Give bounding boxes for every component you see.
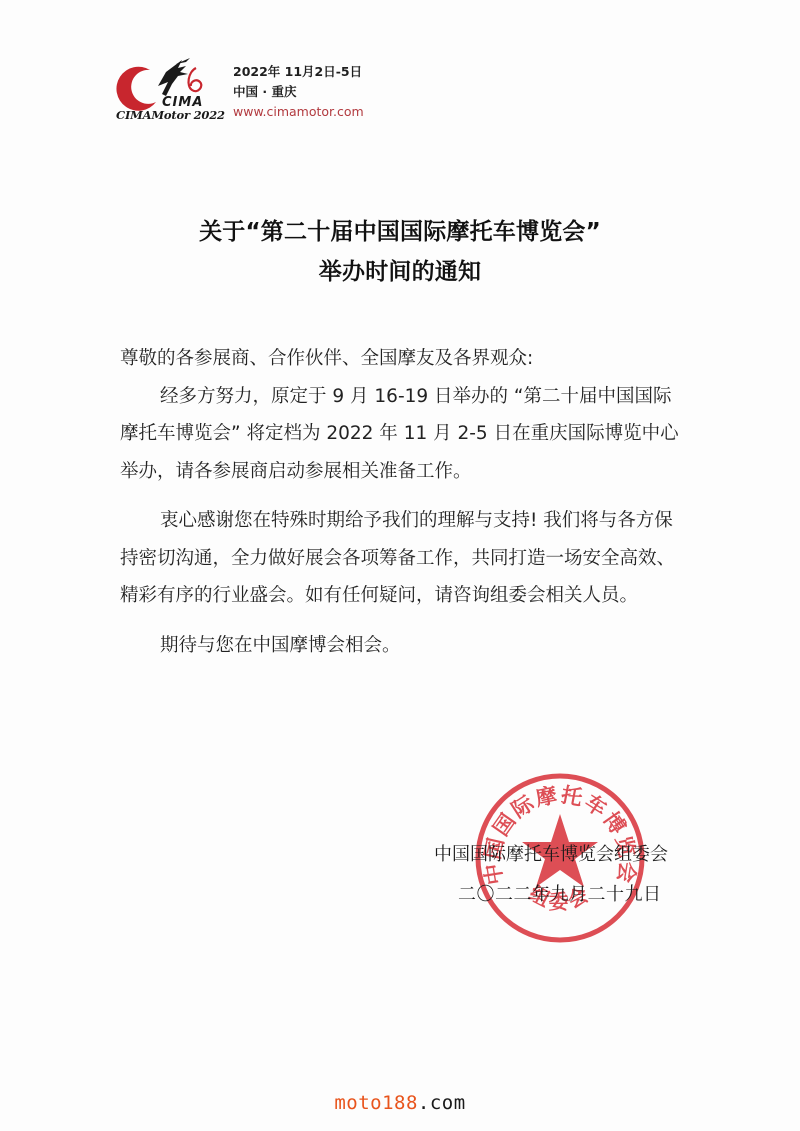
- event-place: 中国 · 重庆: [233, 82, 364, 102]
- signing-organization: 中国国际摩托车博览会组委会: [434, 840, 694, 880]
- event-website-link[interactable]: www.cimamotor.com: [233, 102, 364, 122]
- notice-body: 尊敬的各参展商、合作伙伴、全国摩友及各界观众: 经多方努力，原定于 9 月 16…: [120, 340, 690, 664]
- notice-title: 关于“第二十届中国国际摩托车博览会” 举办时间的通知: [0, 212, 800, 292]
- paragraph-2-line-3: 精彩有序的行业盛会。如有任何疑问，请咨询组委会相关人员。: [120, 577, 690, 615]
- paragraph-gap: [120, 490, 690, 502]
- cima-motorcycle-logo-icon: CIMA: [116, 56, 228, 112]
- document-header: CIMA CIMAMotor 2022 2022年 11月2日-5日 中国 · …: [116, 56, 386, 126]
- signature-block: 中国国际摩托车博览会组委会 二〇二二年九月二十九日: [434, 840, 694, 910]
- logo-caption: CIMAMotor 2022: [116, 108, 228, 122]
- watermark-brand: moto188: [334, 1092, 418, 1114]
- paragraph-1-line-3: 举办，请各参展商启动参展相关准备工作。: [120, 453, 690, 491]
- paragraph-gap: [120, 615, 690, 627]
- site-watermark: moto188.com: [0, 1092, 800, 1114]
- paragraph-1-line-2: 摩托车博览会” 将定档为 2022 年 11 月 2-5 日在重庆国际博览中心: [120, 415, 690, 453]
- paragraph-3-line-1: 期待与您在中国摩博会相会。: [120, 627, 690, 665]
- paragraph-2-line-2: 持密切沟通，全力做好展会各项筹备工作，共同打造一场安全高效、: [120, 540, 690, 578]
- watermark-tld: .com: [418, 1092, 466, 1114]
- title-line-2: 举办时间的通知: [0, 252, 800, 292]
- cima-logo: CIMA CIMAMotor 2022: [116, 56, 228, 124]
- event-date: 2022年 11月2日-5日: [233, 62, 364, 82]
- paragraph-2-line-1: 衷心感谢您在特殊时期给予我们的理解与支持! 我们将与各方保: [120, 502, 690, 540]
- title-line-1: 关于“第二十届中国国际摩托车博览会”: [0, 212, 800, 252]
- event-info: 2022年 11月2日-5日 中国 · 重庆 www.cimamotor.com: [233, 62, 364, 122]
- notice-document-page: CIMA CIMAMotor 2022 2022年 11月2日-5日 中国 · …: [0, 0, 800, 1131]
- signing-date: 二〇二二年九月二十九日: [434, 880, 694, 910]
- paragraph-1-line-1: 经多方努力，原定于 9 月 16-19 日举办的 “第二十届中国国际: [120, 378, 690, 416]
- salutation: 尊敬的各参展商、合作伙伴、全国摩友及各界观众:: [120, 340, 690, 378]
